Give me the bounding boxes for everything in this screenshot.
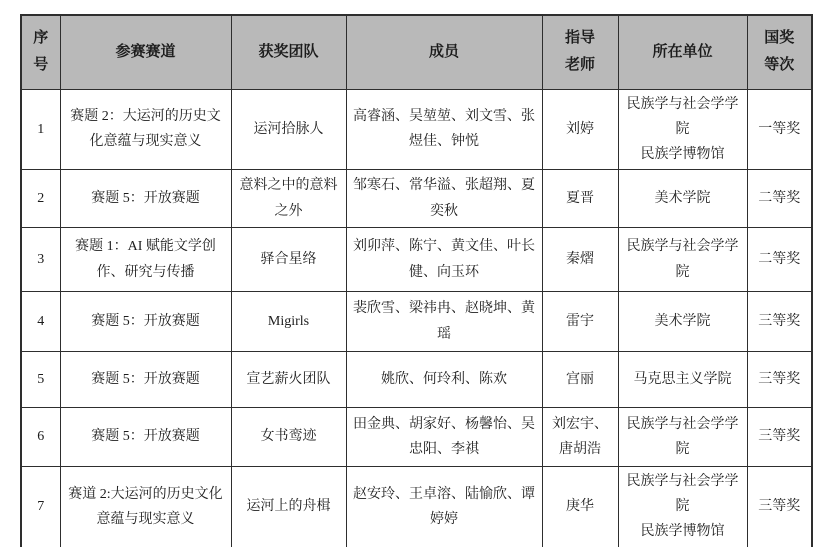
cell-advisor: 夏晋 (542, 170, 618, 228)
column-header-track: 参赛赛道 (60, 15, 231, 89)
cell-members: 邹寒石、常华溢、张超翔、夏奕秋 (346, 170, 542, 228)
cell-unit: 民族学与社会学学院 民族学博物馆 (618, 89, 747, 170)
column-header-team: 获奖团队 (231, 15, 346, 89)
table-row: 6 赛题 5：开放赛题 女书鸾迹 田金典、胡家好、杨馨怡、吴忠阳、李祺 刘宏宇、… (21, 408, 812, 467)
table-row: 2 赛题 5：开放赛题 意料之中的意料之外 邹寒石、常华溢、张超翔、夏奕秋 夏晋… (21, 170, 812, 228)
awards-table: 序 号 参赛赛道 获奖团队 成员 指导 老师 所在单位 国奖 等次 1 赛题 2… (20, 14, 813, 547)
cell-advisor: 秦熠 (542, 228, 618, 292)
cell-team: 宣艺薪火团队 (231, 352, 346, 408)
table-row: 5 赛题 5：开放赛题 宣艺薪火团队 姚欣、何玲利、陈欢 宫丽 马克思主义学院 … (21, 352, 812, 408)
table-row: 7 赛道 2:大运河的历史文化意蕴与现实意义 运河上的舟楫 赵安玲、王卓溶、陆愉… (21, 467, 812, 547)
cell-advisor: 刘婷 (542, 89, 618, 170)
table-body: 1 赛题 2：大运河的历史文化意蕴与现实意义 运河拾脉人 高睿涵、吴堃堃、刘文雪… (21, 89, 812, 547)
cell-award: 三等奖 (747, 292, 812, 352)
cell-team: 运河拾脉人 (231, 89, 346, 170)
cell-award: 一等奖 (747, 89, 812, 170)
header-row: 序 号 参赛赛道 获奖团队 成员 指导 老师 所在单位 国奖 等次 (21, 15, 812, 89)
cell-track: 赛题 5：开放赛题 (60, 292, 231, 352)
column-header-index: 序 号 (21, 15, 60, 89)
cell-advisor: 庚华 (542, 467, 618, 547)
cell-index: 3 (21, 228, 60, 292)
cell-unit: 美术学院 (618, 292, 747, 352)
page: 序 号 参赛赛道 获奖团队 成员 指导 老师 所在单位 国奖 等次 1 赛题 2… (0, 0, 829, 547)
cell-team: 运河上的舟楫 (231, 467, 346, 547)
cell-unit: 民族学与社会学学院 民族学博物馆 (618, 467, 747, 547)
table-row: 4 赛题 5：开放赛题 Migirls 裴欣雪、梁祎冉、赵晓坤、黄瑶 雷宇 美术… (21, 292, 812, 352)
cell-track: 赛题 1：AI 赋能文学创作、研究与传播 (60, 228, 231, 292)
cell-advisor: 雷宇 (542, 292, 618, 352)
column-header-unit: 所在单位 (618, 15, 747, 89)
cell-members: 姚欣、何玲利、陈欢 (346, 352, 542, 408)
cell-unit: 民族学与社会学学院 (618, 228, 747, 292)
cell-index: 6 (21, 408, 60, 467)
cell-unit: 马克思主义学院 (618, 352, 747, 408)
cell-advisor: 宫丽 (542, 352, 618, 408)
cell-track: 赛题 5：开放赛题 (60, 408, 231, 467)
cell-team: 意料之中的意料之外 (231, 170, 346, 228)
cell-team: 驿合星络 (231, 228, 346, 292)
cell-track: 赛道 2:大运河的历史文化意蕴与现实意义 (60, 467, 231, 547)
cell-track: 赛题 5：开放赛题 (60, 170, 231, 228)
cell-award: 二等奖 (747, 228, 812, 292)
cell-unit: 民族学与社会学学院 (618, 408, 747, 467)
column-header-advisor: 指导 老师 (542, 15, 618, 89)
cell-index: 1 (21, 89, 60, 170)
table-header: 序 号 参赛赛道 获奖团队 成员 指导 老师 所在单位 国奖 等次 (21, 15, 812, 89)
cell-members: 裴欣雪、梁祎冉、赵晓坤、黄瑶 (346, 292, 542, 352)
cell-team: Migirls (231, 292, 346, 352)
cell-members: 高睿涵、吴堃堃、刘文雪、张煜佳、钟悦 (346, 89, 542, 170)
cell-award: 二等奖 (747, 170, 812, 228)
table-row: 3 赛题 1：AI 赋能文学创作、研究与传播 驿合星络 刘卯萍、陈宁、黄文佳、叶… (21, 228, 812, 292)
cell-members: 赵安玲、王卓溶、陆愉欣、谭婷婷 (346, 467, 542, 547)
cell-track: 赛题 2：大运河的历史文化意蕴与现实意义 (60, 89, 231, 170)
cell-advisor: 刘宏宇、唐胡浩 (542, 408, 618, 467)
cell-members: 田金典、胡家好、杨馨怡、吴忠阳、李祺 (346, 408, 542, 467)
column-header-award: 国奖 等次 (747, 15, 812, 89)
column-header-members: 成员 (346, 15, 542, 89)
cell-index: 7 (21, 467, 60, 547)
cell-unit: 美术学院 (618, 170, 747, 228)
cell-index: 5 (21, 352, 60, 408)
cell-track: 赛题 5：开放赛题 (60, 352, 231, 408)
cell-team: 女书鸾迹 (231, 408, 346, 467)
cell-members: 刘卯萍、陈宁、黄文佳、叶长健、向玉环 (346, 228, 542, 292)
table-row: 1 赛题 2：大运河的历史文化意蕴与现实意义 运河拾脉人 高睿涵、吴堃堃、刘文雪… (21, 89, 812, 170)
cell-award: 三等奖 (747, 467, 812, 547)
cell-index: 2 (21, 170, 60, 228)
cell-index: 4 (21, 292, 60, 352)
cell-award: 三等奖 (747, 408, 812, 467)
cell-award: 三等奖 (747, 352, 812, 408)
